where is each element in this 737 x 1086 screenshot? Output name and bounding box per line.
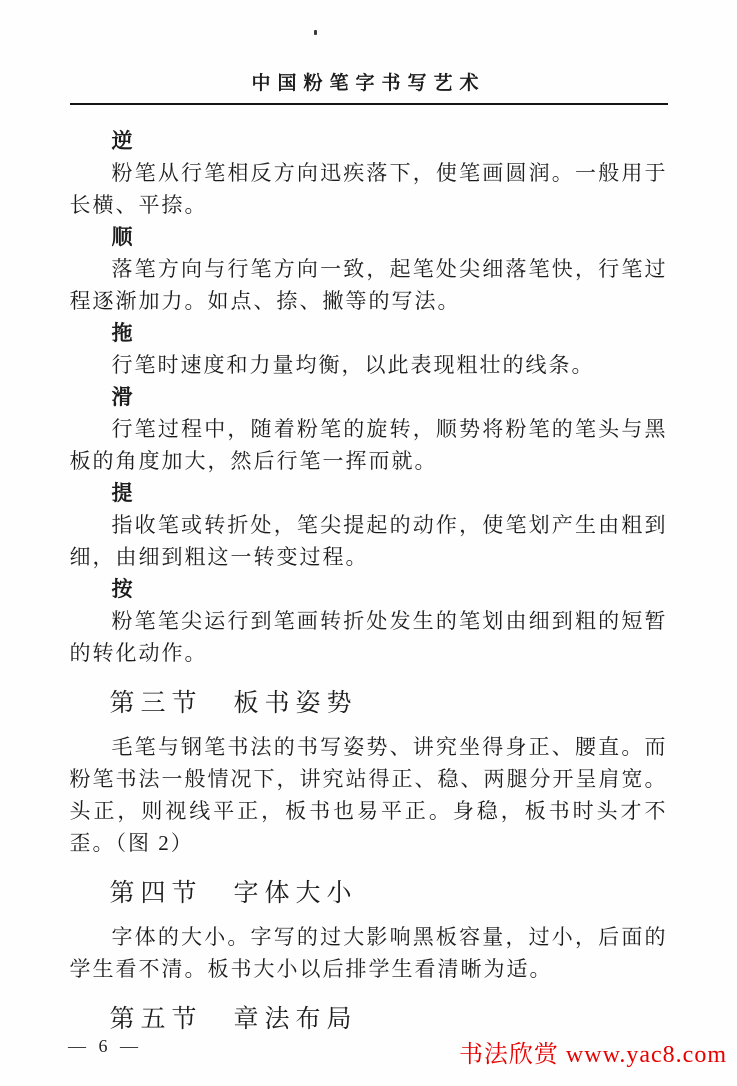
page-body: 逆 粉笔从行笔相反方向迅疾落下，使笔画圆润。一般用于长横、平捺。 顺 落笔方向与…	[70, 125, 668, 1039]
section-heading: 第三节 板书姿势	[70, 685, 668, 723]
term-block-ti: 提 指收笔或转折处，笔尖提起的动作，使笔划产生由粗到细，由细到粗这一转变过程。	[70, 477, 668, 573]
term-definition: 粉笔笔尖运行到笔画转折处发生的笔划由细到粗的短暂的转化动作。	[70, 605, 668, 669]
scan-speck	[314, 30, 317, 35]
term-heading: 按	[70, 573, 668, 605]
term-block-ni: 逆 粉笔从行笔相反方向迅疾落下，使笔画圆润。一般用于长横、平捺。	[70, 125, 668, 221]
section-3-banshu-zishi: 第三节 板书姿势 毛笔与钢笔书法的书写姿势、讲究坐得身正、腰直。而粉笔书法一般情…	[70, 685, 668, 859]
term-heading: 顺	[70, 221, 668, 253]
header-rule	[70, 103, 668, 105]
term-heading: 提	[70, 477, 668, 509]
book-page: 中国粉笔字书写艺术 逆 粉笔从行笔相反方向迅疾落下，使笔画圆润。一般用于长横、平…	[0, 0, 737, 1086]
section-paragraph: 毛笔与钢笔书法的书写姿势、讲究坐得身正、腰直。而粉笔书法一般情况下，讲究站得正、…	[70, 731, 668, 859]
watermark-text: 书法欣赏 www.yac8.com	[459, 1034, 727, 1069]
term-block-hua: 滑 行笔过程中，随着粉笔的旋转，顺势将粉笔的笔头与黑板的角度加大，然后行笔一挥而…	[70, 381, 668, 477]
term-definition: 落笔方向与行笔方向一致，起笔处尖细落笔快，行笔过程逐渐加力。如点、捺、撇等的写法…	[70, 253, 668, 317]
term-definition: 粉笔从行笔相反方向迅疾落下，使笔画圆润。一般用于长横、平捺。	[70, 157, 668, 221]
term-heading: 逆	[70, 125, 668, 157]
section-heading: 第四节 字体大小	[70, 875, 668, 913]
page-header: 中国粉笔字书写艺术	[0, 0, 737, 105]
term-block-an: 按 粉笔笔尖运行到笔画转折处发生的笔划由细到粗的短暂的转化动作。	[70, 573, 668, 669]
term-block-tuo: 拖 行笔时速度和力量均衡，以此表现粗壮的线条。	[70, 317, 668, 381]
section-4-ziti-daxiao: 第四节 字体大小 字体的大小。字写的过大影响黑板容量，过小，后面的学生看不清。板…	[70, 875, 668, 985]
term-heading: 拖	[70, 317, 668, 349]
term-definition: 指收笔或转折处，笔尖提起的动作，使笔划产生由粗到细，由细到粗这一转变过程。	[70, 509, 668, 573]
section-paragraph: 字体的大小。字写的过大影响黑板容量，过小，后面的学生看不清。板书大小以后排学生看…	[70, 921, 668, 985]
term-definition: 行笔时速度和力量均衡，以此表现粗壮的线条。	[70, 349, 668, 381]
term-definition: 行笔过程中，随着粉笔的旋转，顺势将粉笔的笔头与黑板的角度加大，然后行笔一挥而就。	[70, 413, 668, 477]
running-title: 中国粉笔字书写艺术	[0, 72, 737, 96]
term-heading: 滑	[70, 381, 668, 413]
term-block-shun: 顺 落笔方向与行笔方向一致，起笔处尖细落笔快，行笔过程逐渐加力。如点、捺、撇等的…	[70, 221, 668, 317]
page-number: — 6 —	[68, 1036, 142, 1057]
